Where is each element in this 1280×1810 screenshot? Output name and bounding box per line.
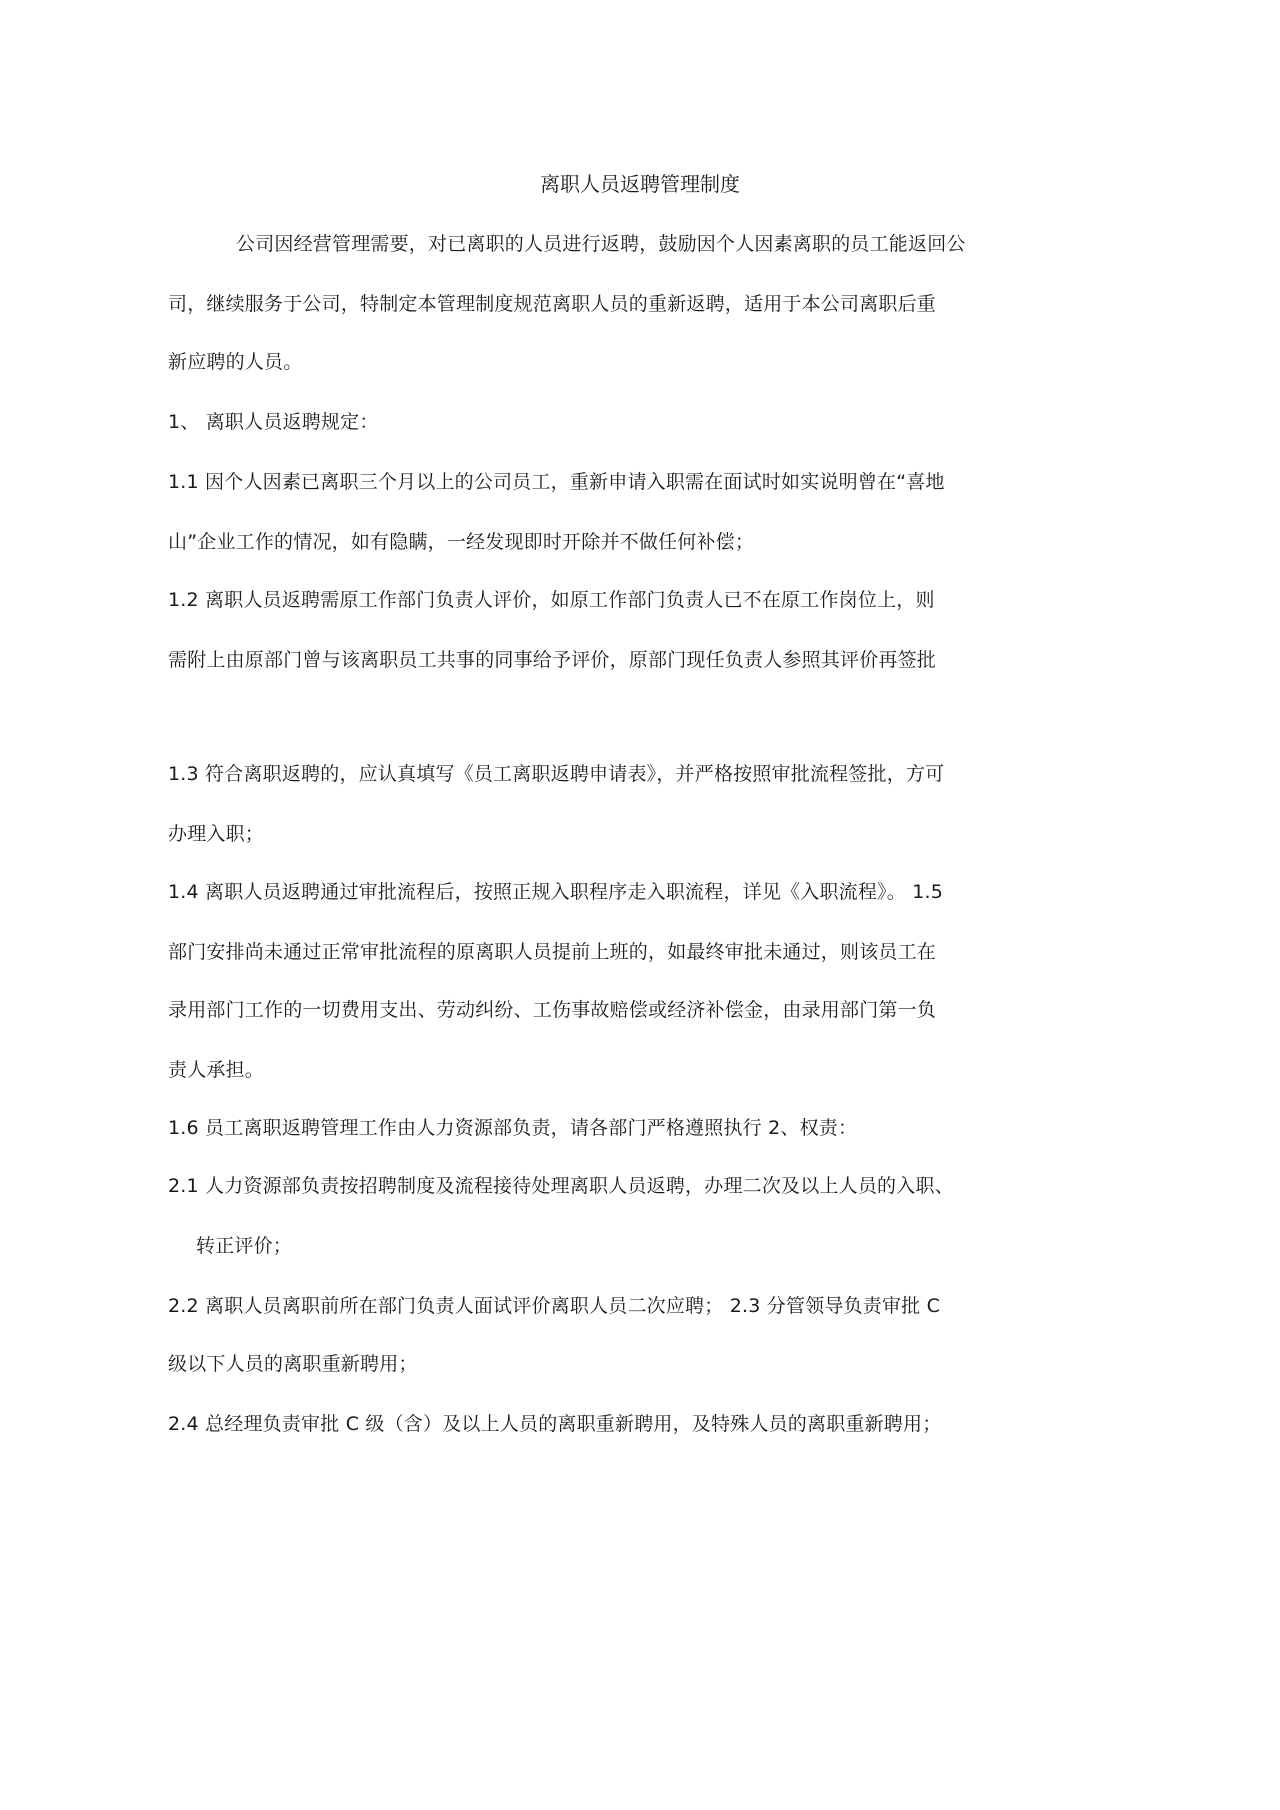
document-title: 离职人员返聘管理制度 [0,172,1280,196]
paragraph-line: 部门安排尚未通过正常审批流程的原离职人员提前上班的，如最终审批未通过，则该员工在 [168,940,936,964]
paragraph-line: 1、 离职人员返聘规定： [168,410,379,434]
paragraph-line: 公司因经营管理需要，对已离职的人员进行返聘，鼓励因个人因素离职的员工能返回公 [236,232,966,256]
paragraph-line: 1.4 离职人员返聘通过审批流程后，按照正规入职程序走入职流程，详见《入职流程》… [168,880,943,904]
paragraph-line: 1.2 离职人员返聘需原工作部门负责人评价，如原工作部门负责人已不在原工作岗位上… [168,588,935,612]
paragraph-line: 2.2 离职人员离职前所在部门负责人面试评价离职人员二次应聘； 2.3 分管领导… [168,1294,940,1318]
document-page: 离职人员返聘管理制度 公司因经营管理需要，对已离职的人员进行返聘，鼓励因个人因素… [0,0,1280,1810]
paragraph-line: 2.1 人力资源部负责按招聘制度及流程接待处理离职人员返聘，办理二次及以上人员的… [168,1174,954,1198]
paragraph-line: 2.4 总经理负责审批 C 级（含）及以上人员的离职重新聘用，及特殊人员的离职重… [168,1412,941,1436]
paragraph-line: 1.3 符合离职返聘的，应认真填写《员工离职返聘申请表》，并严格按照审批流程签批… [168,762,944,786]
paragraph-line: 司，继续服务于公司，特制定本管理制度规范离职人员的重新返聘，适用于本公司离职后重 [168,292,936,316]
paragraph-line: 1.6 员工离职返聘管理工作由人力资源部负责，请各部门严格遵照执行 2、权责： [168,1116,857,1140]
paragraph-line: 需附上由原部门曾与该离职员工共事的同事给予评价，原部门现任负责人参照其评价再签批 [168,648,936,672]
paragraph-line: 办理入职； [168,822,264,846]
paragraph-line: 责人承担。 [168,1058,264,1082]
paragraph-line: 级以下人员的离职重新聘用； [168,1352,418,1376]
paragraph-line: 录用部门工作的一切费用支出、劳动纠纷、工伤事故赔偿或经济补偿金，由录用部门第一负 [168,998,936,1022]
paragraph-line: 1.1 因个人因素已离职三个月以上的公司员工，重新申请入职需在面试时如实说明曾在… [168,470,945,494]
paragraph-line: 转正评价； [196,1234,292,1258]
paragraph-line: 山”企业工作的情况，如有隐瞒，一经发现即时开除并不做任何补偿； [168,530,754,554]
paragraph-line: 新应聘的人员。 [168,350,302,374]
